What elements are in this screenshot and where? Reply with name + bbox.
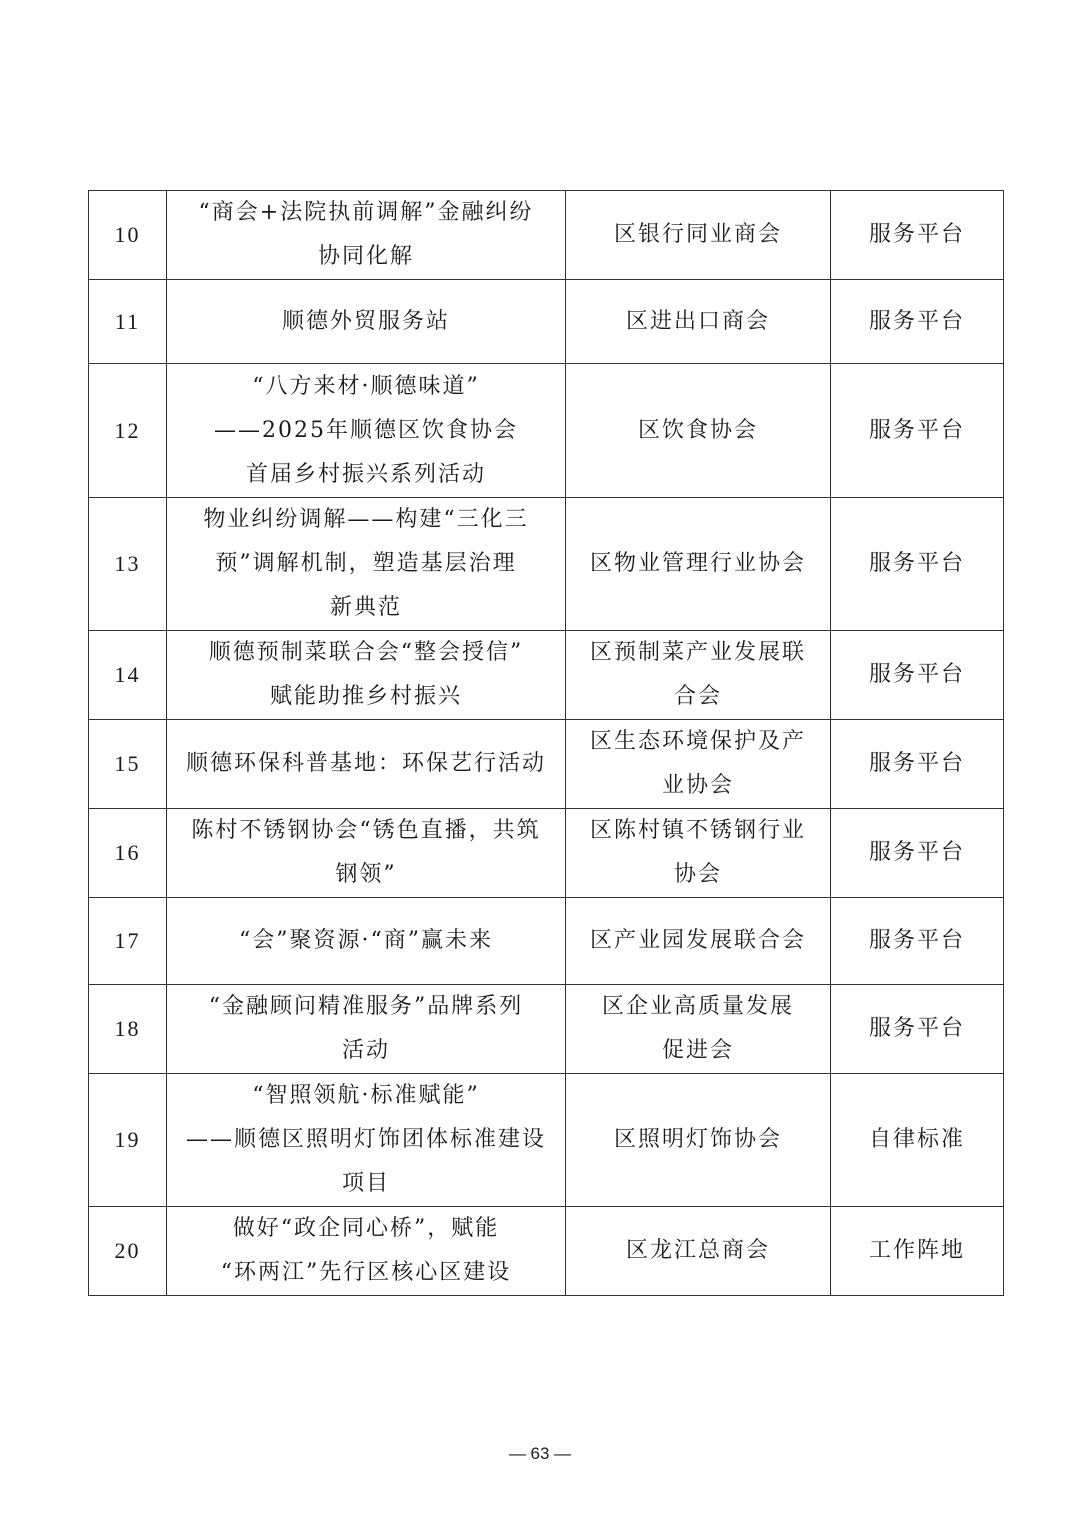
organization-line: 区龙江总商会 <box>568 1229 828 1273</box>
organization-cell: 区银行同业商会 <box>566 191 831 280</box>
project-name-line: “八方来材·顺德味道” <box>169 365 563 409</box>
organization-cell: 区产业园发展联合会 <box>566 898 831 985</box>
project-name-line: “会”聚资源·“商”赢未来 <box>169 919 563 963</box>
project-name-line: 顺德环保科普基地：环保艺行活动 <box>169 742 563 786</box>
project-name-line: 首届乡村振兴系列活动 <box>169 453 563 497</box>
category-cell: 自律标准 <box>831 1074 1004 1207</box>
category-cell: 服务平台 <box>831 985 1004 1074</box>
category-cell: 服务平台 <box>831 280 1004 364</box>
project-name-cell: 做好“政企同心桥”，赋能“环两江”先行区核心区建设 <box>167 1207 566 1296</box>
project-name-cell: “八方来材·顺德味道”——2025年顺德区饮食协会首届乡村振兴系列活动 <box>167 364 566 498</box>
table-row: 11顺德外贸服务站区进出口商会服务平台 <box>89 280 1004 364</box>
organization-line: 区生态环境保护及产 <box>568 720 828 764</box>
organization-line: 区企业高质量发展 <box>568 985 828 1029</box>
project-name-line: 钢领” <box>169 853 563 897</box>
category-cell: 服务平台 <box>831 631 1004 720</box>
project-name-line: 协同化解 <box>169 235 563 279</box>
project-name-cell: 顺德外贸服务站 <box>167 280 566 364</box>
organization-cell: 区龙江总商会 <box>566 1207 831 1296</box>
organization-cell: 区照明灯饰协会 <box>566 1074 831 1207</box>
organization-cell: 区企业高质量发展促进会 <box>566 985 831 1074</box>
organization-line: 区银行同业商会 <box>568 213 828 257</box>
row-number-cell: 17 <box>89 898 167 985</box>
project-name-line: 顺德预制菜联合会“整会授信” <box>169 631 563 675</box>
project-name-line: 活动 <box>169 1029 563 1073</box>
project-name-line: 项目 <box>169 1162 563 1206</box>
project-name-line: “商会+法院执前调解”金融纠纷 <box>169 191 563 235</box>
project-name-cell: 顺德预制菜联合会“整会授信”赋能助推乡村振兴 <box>167 631 566 720</box>
project-name-line: ——顺德区照明灯饰团体标准建设 <box>169 1118 563 1162</box>
project-name-line: 赋能助推乡村振兴 <box>169 675 563 719</box>
organization-line: 区饮食协会 <box>568 409 828 453</box>
organization-line: 区进出口商会 <box>568 300 828 344</box>
organization-cell: 区生态环境保护及产业协会 <box>566 720 831 809</box>
row-number-cell: 14 <box>89 631 167 720</box>
category-cell: 服务平台 <box>831 498 1004 631</box>
project-name-line: 做好“政企同心桥”，赋能 <box>169 1207 563 1251</box>
table-row: 10“商会+法院执前调解”金融纠纷协同化解区银行同业商会服务平台 <box>89 191 1004 280</box>
table-row: 18“金融顾问精准服务”品牌系列活动区企业高质量发展促进会服务平台 <box>89 985 1004 1074</box>
organization-line: 合会 <box>568 675 828 719</box>
row-number-cell: 16 <box>89 809 167 898</box>
table-row: 15顺德环保科普基地：环保艺行活动区生态环境保护及产业协会服务平台 <box>89 720 1004 809</box>
project-name-line: 新典范 <box>169 586 563 630</box>
category-cell: 服务平台 <box>831 191 1004 280</box>
table-row: 14顺德预制菜联合会“整会授信”赋能助推乡村振兴区预制菜产业发展联合会服务平台 <box>89 631 1004 720</box>
table-row: 13物业纠纷调解——构建“三化三预”调解机制，塑造基层治理新典范区物业管理行业协… <box>89 498 1004 631</box>
category-cell: 服务平台 <box>831 898 1004 985</box>
project-name-line: 预”调解机制，塑造基层治理 <box>169 542 563 586</box>
category-cell: 工作阵地 <box>831 1207 1004 1296</box>
row-number-cell: 20 <box>89 1207 167 1296</box>
category-cell: 服务平台 <box>831 809 1004 898</box>
row-number-cell: 10 <box>89 191 167 280</box>
organization-line: 区物业管理行业协会 <box>568 542 828 586</box>
table-row: 19“智照领航·标准赋能”——顺德区照明灯饰团体标准建设项目区照明灯饰协会自律标… <box>89 1074 1004 1207</box>
table-row: 20做好“政企同心桥”，赋能“环两江”先行区核心区建设区龙江总商会工作阵地 <box>89 1207 1004 1296</box>
project-name-cell: “智照领航·标准赋能”——顺德区照明灯饰团体标准建设项目 <box>167 1074 566 1207</box>
table-row: 12“八方来材·顺德味道”——2025年顺德区饮食协会首届乡村振兴系列活动区饮食… <box>89 364 1004 498</box>
organization-line: 区陈村镇不锈钢行业 <box>568 809 828 853</box>
project-name-line: “智照领航·标准赋能” <box>169 1074 563 1118</box>
row-number-cell: 19 <box>89 1074 167 1207</box>
project-name-line: 顺德外贸服务站 <box>169 300 563 344</box>
row-number-cell: 18 <box>89 985 167 1074</box>
organization-line: 促进会 <box>568 1029 828 1073</box>
table-row: 17“会”聚资源·“商”赢未来区产业园发展联合会服务平台 <box>89 898 1004 985</box>
project-name-line: ——2025年顺德区饮食协会 <box>169 409 563 453</box>
organization-line: 业协会 <box>568 764 828 808</box>
page-number: — 63 — <box>0 1444 1080 1464</box>
project-name-line: “环两江”先行区核心区建设 <box>169 1251 563 1295</box>
table-row: 16陈村不锈钢协会“锈色直播，共筑钢领”区陈村镇不锈钢行业协会服务平台 <box>89 809 1004 898</box>
project-table: 10“商会+法院执前调解”金融纠纷协同化解区银行同业商会服务平台11顺德外贸服务… <box>88 190 1004 1296</box>
project-name-line: 陈村不锈钢协会“锈色直播，共筑 <box>169 809 563 853</box>
organization-line: 区产业园发展联合会 <box>568 919 828 963</box>
project-name-cell: 顺德环保科普基地：环保艺行活动 <box>167 720 566 809</box>
row-number-cell: 12 <box>89 364 167 498</box>
project-name-cell: “金融顾问精准服务”品牌系列活动 <box>167 985 566 1074</box>
organization-line: 区预制菜产业发展联 <box>568 631 828 675</box>
project-name-line: 物业纠纷调解——构建“三化三 <box>169 498 563 542</box>
organization-cell: 区陈村镇不锈钢行业协会 <box>566 809 831 898</box>
category-cell: 服务平台 <box>831 364 1004 498</box>
project-name-line: “金融顾问精准服务”品牌系列 <box>169 985 563 1029</box>
category-cell: 服务平台 <box>831 720 1004 809</box>
organization-line: 协会 <box>568 853 828 897</box>
organization-cell: 区物业管理行业协会 <box>566 498 831 631</box>
project-name-cell: 陈村不锈钢协会“锈色直播，共筑钢领” <box>167 809 566 898</box>
project-name-cell: 物业纠纷调解——构建“三化三预”调解机制，塑造基层治理新典范 <box>167 498 566 631</box>
table-body: 10“商会+法院执前调解”金融纠纷协同化解区银行同业商会服务平台11顺德外贸服务… <box>89 191 1004 1296</box>
organization-line: 区照明灯饰协会 <box>568 1118 828 1162</box>
row-number-cell: 11 <box>89 280 167 364</box>
organization-cell: 区饮食协会 <box>566 364 831 498</box>
row-number-cell: 13 <box>89 498 167 631</box>
organization-cell: 区预制菜产业发展联合会 <box>566 631 831 720</box>
project-name-cell: “商会+法院执前调解”金融纠纷协同化解 <box>167 191 566 280</box>
organization-cell: 区进出口商会 <box>566 280 831 364</box>
row-number-cell: 15 <box>89 720 167 809</box>
project-name-cell: “会”聚资源·“商”赢未来 <box>167 898 566 985</box>
